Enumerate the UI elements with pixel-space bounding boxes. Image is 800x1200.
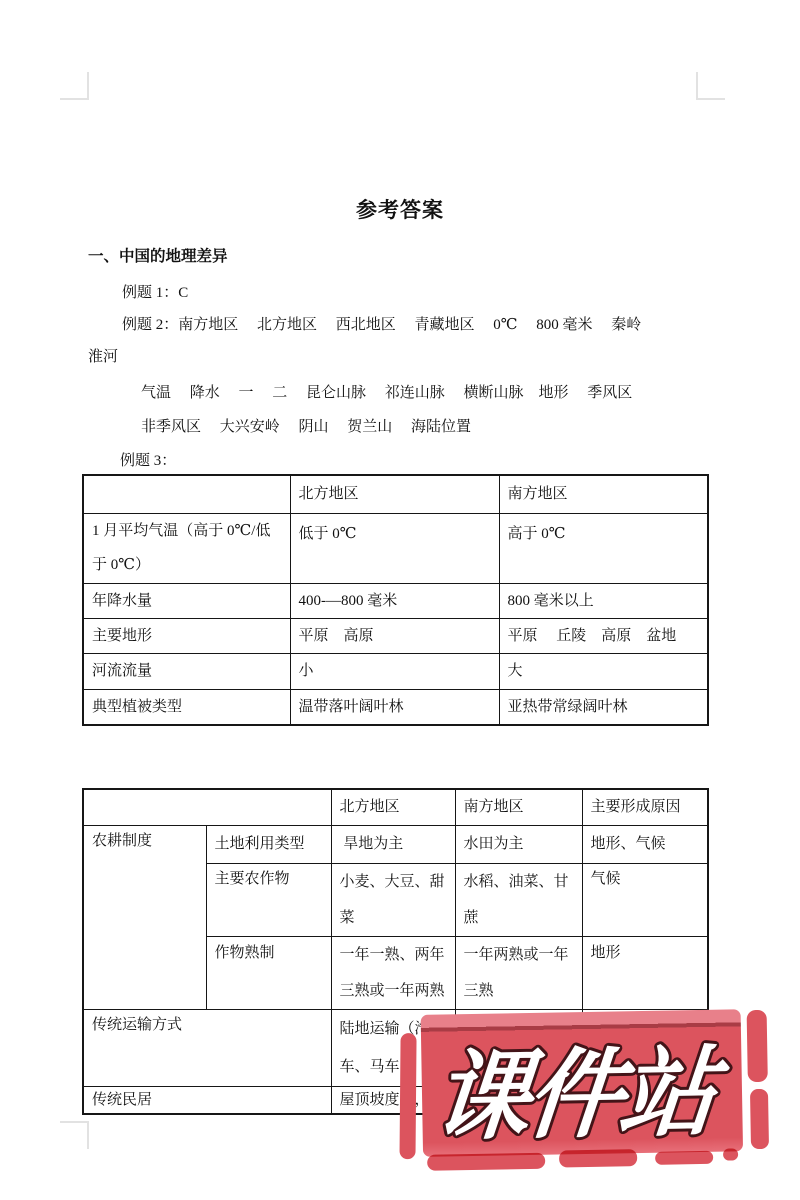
- document-page: 参考答案 一、中国的地理差异 例题 1：C 例题 2：南方地区 北方地区 西北地…: [0, 0, 800, 1200]
- table-header-cell: 南方地区: [499, 475, 708, 513]
- answer-ex1: 例题 1：C: [122, 283, 188, 303]
- table-header-cell: 北方地区: [331, 789, 455, 825]
- stamp-text: 课件站: [429, 1038, 733, 1152]
- answer-ex3: 例题 3：: [120, 451, 176, 471]
- page-title: 参考答案: [0, 194, 800, 224]
- table-row: 1 月平均气温（高于 0℃/低于 0℃） 低于 0℃ 高于 0℃: [83, 513, 708, 583]
- section-heading: 一、中国的地理差异: [88, 244, 228, 266]
- answer-ex2-line2: 淮河: [88, 347, 118, 367]
- group-label-cell: 农耕制度: [83, 825, 206, 1009]
- table-row: 年降水量 400-—800 毫米 800 毫米以上: [83, 583, 708, 618]
- table-row: 农耕制度 土地利用类型 旱地为主 水田为主 地形、气候: [83, 825, 708, 863]
- region-comparison-table: 北方地区 南方地区 1 月平均气温（高于 0℃/低于 0℃） 低于 0℃ 高于 …: [82, 474, 709, 726]
- crop-mark-bottom-left: [60, 1121, 89, 1149]
- answer-ex2-line4: 非季风区 大兴安岭 阴山 贺兰山 海陆位置: [141, 417, 471, 437]
- table-row: 主要地形 平原 高原 平原 丘陵 高原 盆地: [83, 618, 708, 653]
- table-row: 典型植被类型 温带落叶阔叶林 亚热带常绿阔叶林: [83, 689, 708, 725]
- table-header-cell: 主要形成原因: [582, 789, 708, 825]
- table-header-cell: 北方地区: [290, 475, 499, 513]
- kejianzhan-watermark-stamp: 课件站: [390, 997, 783, 1189]
- table-header-cell: [83, 475, 290, 513]
- table-header-cell: 南方地区: [455, 789, 582, 825]
- answer-ex2-line1: 例题 2：南方地区 北方地区 西北地区 青藏地区 0℃ 800 毫米 秦岭: [122, 315, 641, 335]
- crop-mark-top-right: [696, 72, 725, 100]
- stamp-text-graphic: 课件站: [421, 1029, 753, 1160]
- answer-ex2-line3: 气温 降水 一 二 昆仑山脉 祁连山脉 横断山脉 地形 季风区: [141, 383, 632, 403]
- table-row: 河流流量 小 大: [83, 653, 708, 689]
- table-header-cell: [83, 789, 331, 825]
- crop-mark-top-left: [60, 72, 89, 100]
- stamp-left-bar: [399, 1033, 416, 1159]
